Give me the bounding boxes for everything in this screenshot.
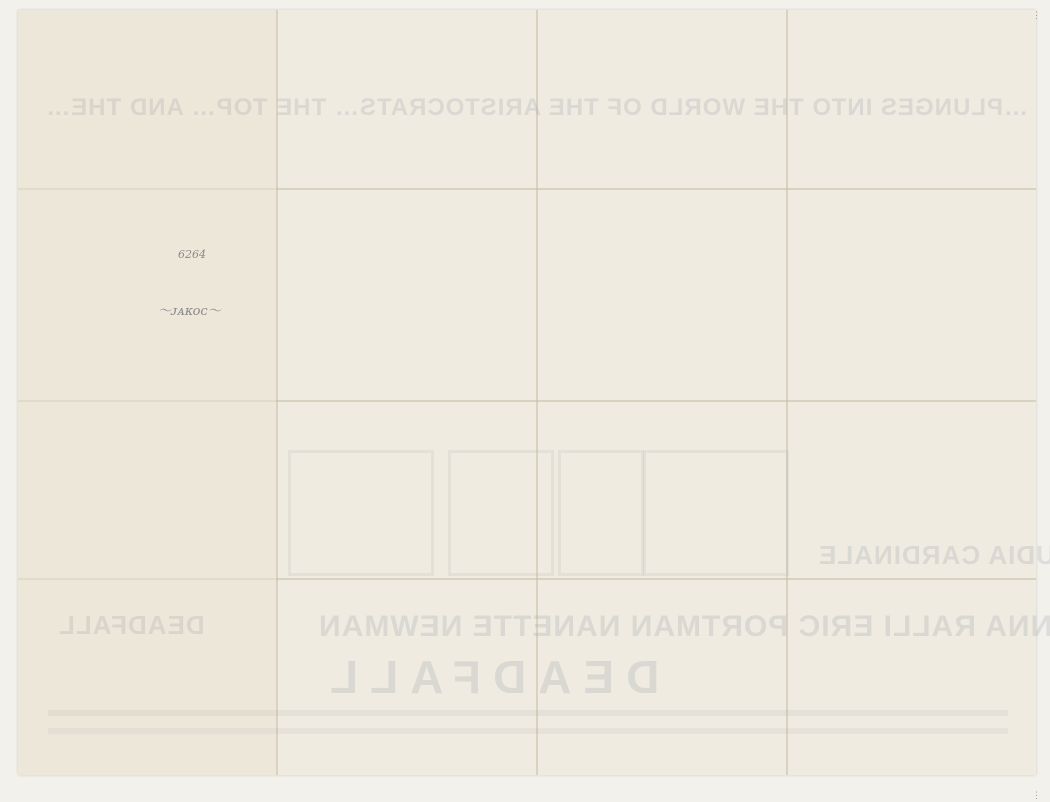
handwritten-number: 6264 — [178, 248, 206, 261]
ghost-image-box — [448, 450, 554, 576]
edge-mark: ⋮ — [1032, 790, 1042, 801]
ghost-star: CLAUDIA CARDINALE — [818, 540, 1050, 571]
fold-line — [276, 10, 278, 775]
ghost-cast: GIOVANNA RALLI ERIC PORTMAN NANETTE NEWM… — [318, 610, 1050, 644]
ghost-image-box — [643, 450, 789, 576]
handwritten-signature: 〜ᴊᴀᴋᴏᴄ〜 — [158, 300, 221, 319]
ghost-image-box — [288, 450, 434, 576]
poster-sheet: 6264 〜ᴊᴀᴋᴏᴄ〜 …PLUNGES INTO THE WORLD OF … — [18, 10, 1036, 775]
ghost-side: DEADFALL — [58, 610, 205, 641]
ghost-tagline: …PLUNGES INTO THE WORLD OF THE ARISTOCRA… — [38, 94, 1028, 122]
left-panel — [18, 10, 276, 775]
edge-mark: ⋮ — [1032, 10, 1042, 21]
ghost-image-box — [558, 450, 644, 576]
ghost-credits — [48, 710, 1008, 716]
ghost-credits — [48, 728, 1008, 734]
ghost-title: DEADFALL — [318, 650, 659, 704]
fold-line — [786, 10, 788, 775]
